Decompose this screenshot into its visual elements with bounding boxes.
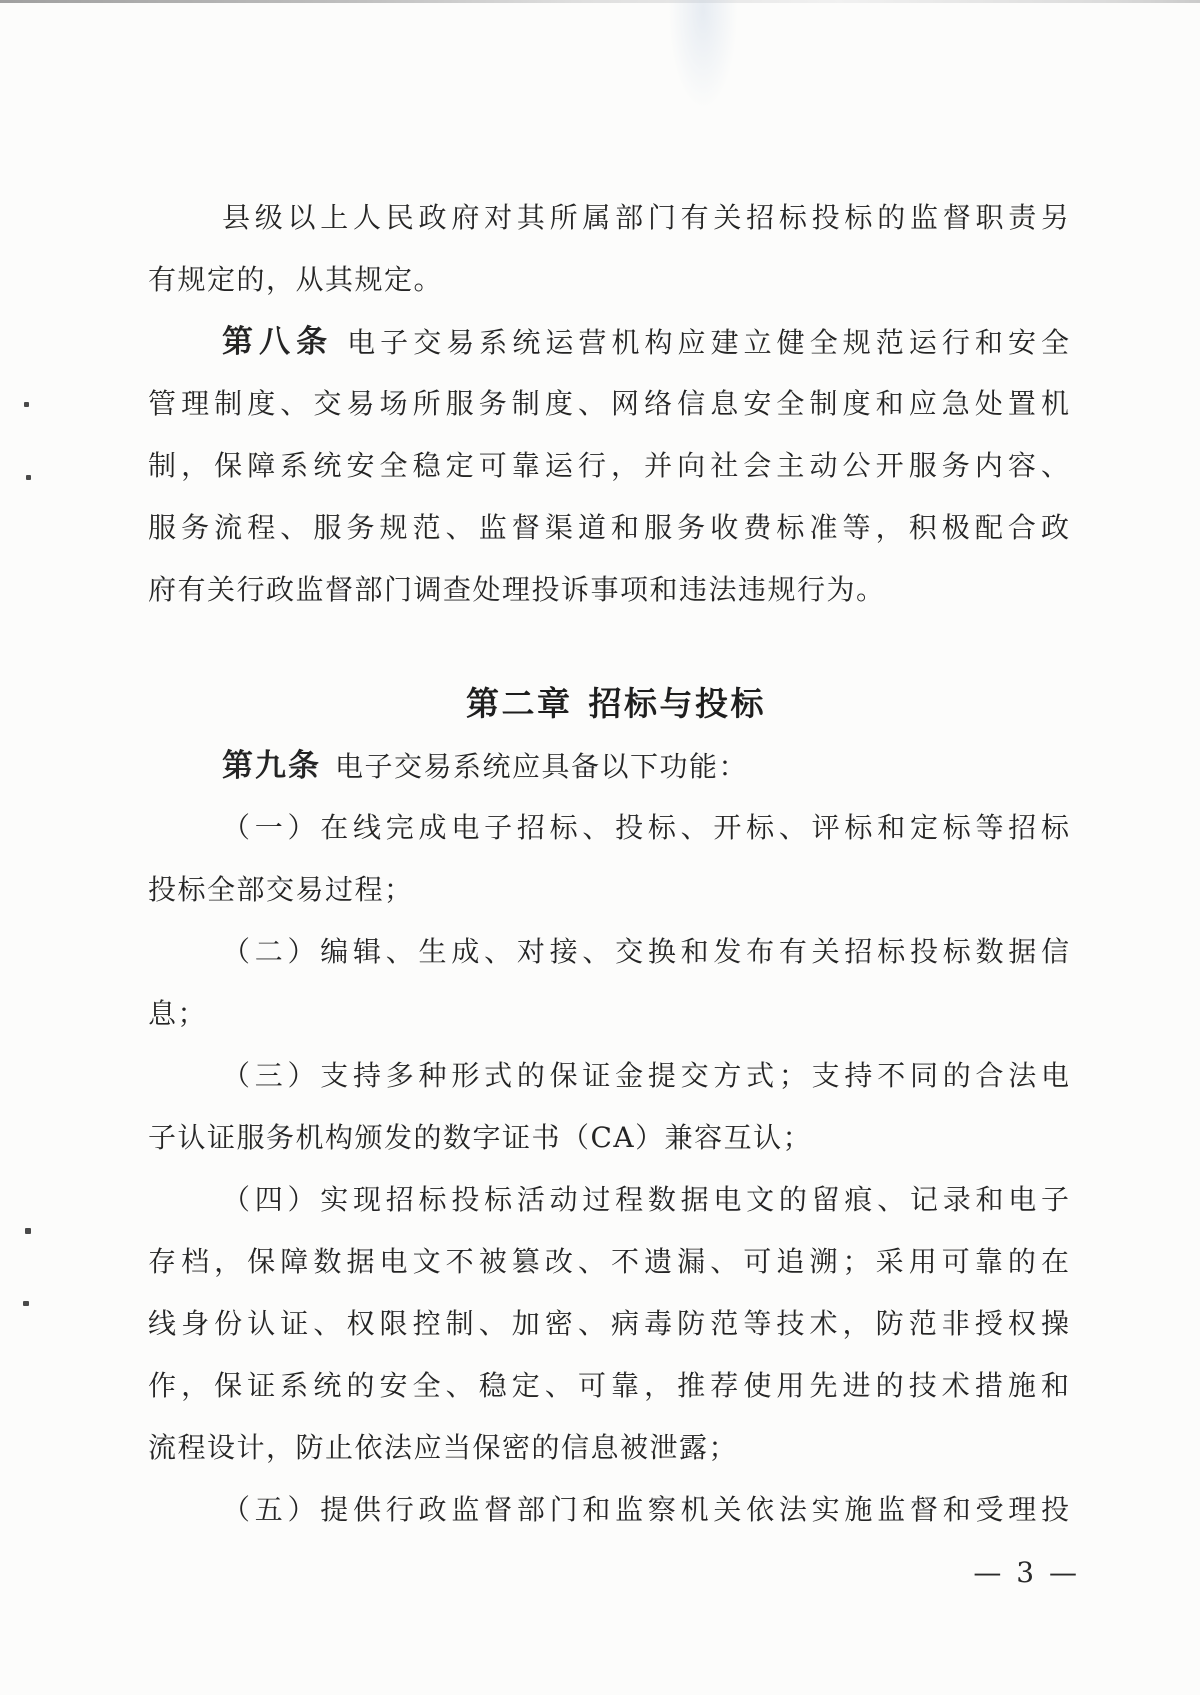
list-item-4-line: 作，保证系统的安全、稳定、可靠，推荐使用先进的技术措施和 [148,1355,1070,1417]
list-item-3-line: （三）支持多种形式的保证金提交方式；支持不同的合法电 [148,1045,1070,1107]
list-item-5-line: （五）提供行政监督部门和监察机关依法实施监督和受理投 [148,1479,1070,1541]
text-line: 管理制度、交易场所服务制度、网络信息安全制度和应急处置机 [148,373,1070,435]
list-item-2-line: （二）编辑、生成、对接、交换和发布有关招标投标数据信 [148,921,1070,983]
list-item-3-line: 子认证服务机构颁发的数字证书（CA）兼容互认； [148,1107,1070,1169]
list-item-4-line: 流程设计，防止依法应当保密的信息被泄露； [148,1417,1070,1479]
list-item-1-line: （一）在线完成电子招标、投标、开标、评标和定标等招标 [148,797,1070,859]
list-item-1-line: 投标全部交易过程； [148,859,1070,921]
list-item-4-line: （四）实现招标投标活动过程数据电文的留痕、记录和电子 [148,1169,1070,1231]
binding-dot [23,1301,29,1306]
article-8-label: 第八条 [222,324,333,360]
text-line: 有规定的，从其规定。 [148,249,1070,311]
scan-smudge-artifact [668,0,738,110]
binding-dot [26,475,31,480]
binding-dot [24,402,29,407]
list-item-4-line: 存档，保障数据电文不被篡改、不遗漏、可追溯；采用可靠的在 [148,1231,1070,1293]
text-line: 制，保障系统安全稳定可靠运行，并向社会主动公开服务内容、 [148,435,1070,497]
chapter-heading: 第二章招标与投标 [155,673,1077,735]
article-8-text: 电子交易系统运营机构应建立健全规范运行和安全 [347,326,1070,359]
text-line: 服务流程、服务规范、监督渠道和服务收费标准等，积极配合政 [148,497,1070,559]
text-line: 县级以上人民政府对其所属部门有关招标投标的监督职责另 [148,187,1070,249]
page-number: — 3 — [973,1556,1080,1590]
article-9-text: 电子交易系统应具备以下功能： [335,750,748,783]
binding-dot [25,1228,31,1234]
scan-top-edge-artifact [0,0,1200,3]
document-body: 县级以上人民政府对其所属部门有关招标投标的监督职责另 有规定的，从其规定。 第八… [148,187,1070,1541]
chapter-title: 招标与投标 [589,684,767,723]
article-9-first-line: 第九条电子交易系统应具备以下功能： [148,735,1070,797]
list-item-2-line: 息； [148,983,1070,1045]
text-line: 府有关行政监督部门调查处理投诉事项和违法违规行为。 [148,559,1070,621]
article-8-first-line: 第八条电子交易系统运营机构应建立健全规范运行和安全 [148,311,1070,373]
chapter-number: 第二章 [466,684,573,723]
list-item-4-line: 线身份认证、权限控制、加密、病毒防范等技术，防范非授权操 [148,1293,1070,1355]
article-9-label: 第九条 [222,748,321,784]
